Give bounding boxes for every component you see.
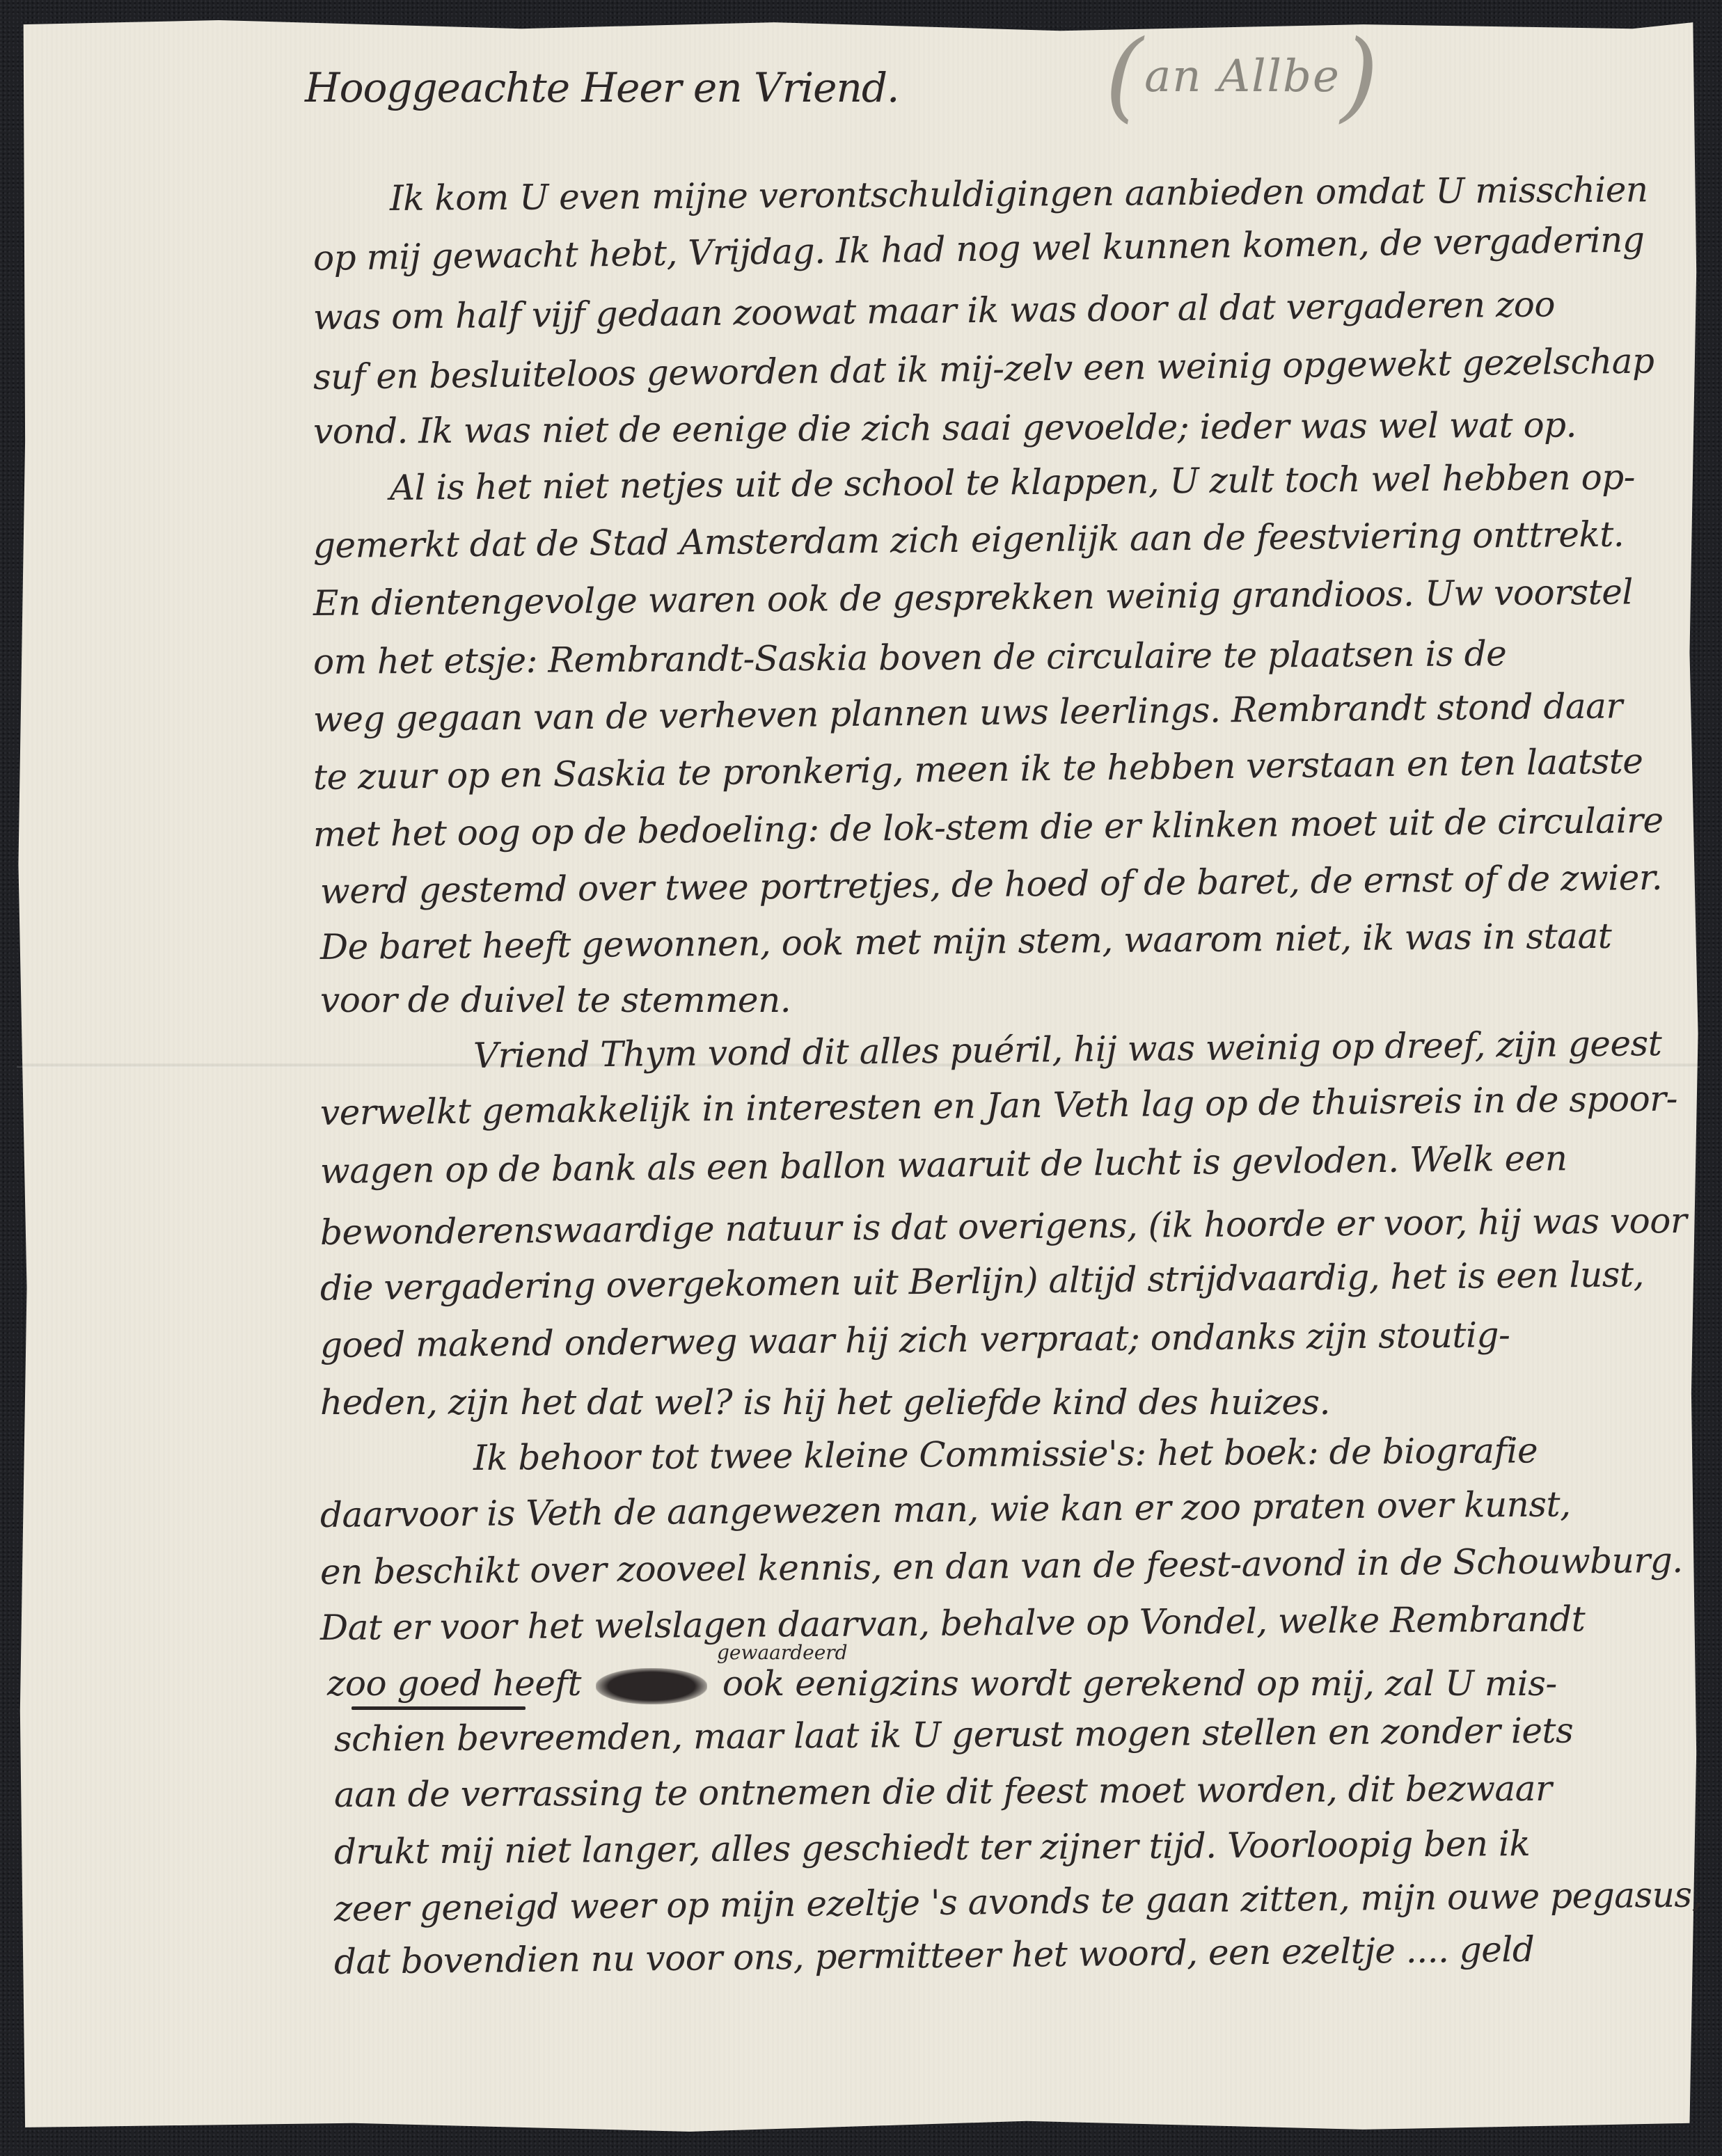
underline-mark	[351, 1706, 526, 1710]
correction-text-after: ook eenigzins wordt gerekend op mij, zal…	[722, 1663, 1557, 1704]
archive-note-text: an Allbe	[1144, 51, 1341, 102]
close-paren-mark: )	[1341, 28, 1380, 125]
body-line: Ik behoor tot twee kleine Commissie's: h…	[473, 1430, 1538, 1478]
body-line: om het etsje: Rembrandt-Saskia boven de …	[313, 633, 1507, 682]
interlinear-insertion: gewaardeerd	[717, 1641, 848, 1664]
letter-paper	[17, 18, 1700, 2134]
body-line-with-correction: zoo goed heeft ook eenigzins wordt gerek…	[327, 1663, 1557, 1704]
body-line: aan de verrassing te ontnemen die dit fe…	[334, 1768, 1552, 1815]
body-line: schien bevreemden, maar laat ik U gerust…	[334, 1711, 1574, 1759]
open-paren-mark: (	[1105, 28, 1145, 125]
body-line: vond. Ik was niet de eenige die zich saa…	[313, 404, 1577, 452]
ink-blot-strikethrough	[596, 1668, 707, 1704]
body-line: heden, zijn het dat wel? is hij het geli…	[320, 1382, 1330, 1422]
correction-text-before: zoo goed heeft	[327, 1663, 581, 1704]
body-line: drukt mij niet langer, alles geschiedt t…	[334, 1823, 1531, 1872]
archive-pencil-note: ( an Allbe )	[1068, 28, 1416, 125]
body-line: voor de duivel te stemmen.	[320, 980, 791, 1020]
salutation: Hooggeachte Heer en Vriend.	[305, 64, 899, 111]
